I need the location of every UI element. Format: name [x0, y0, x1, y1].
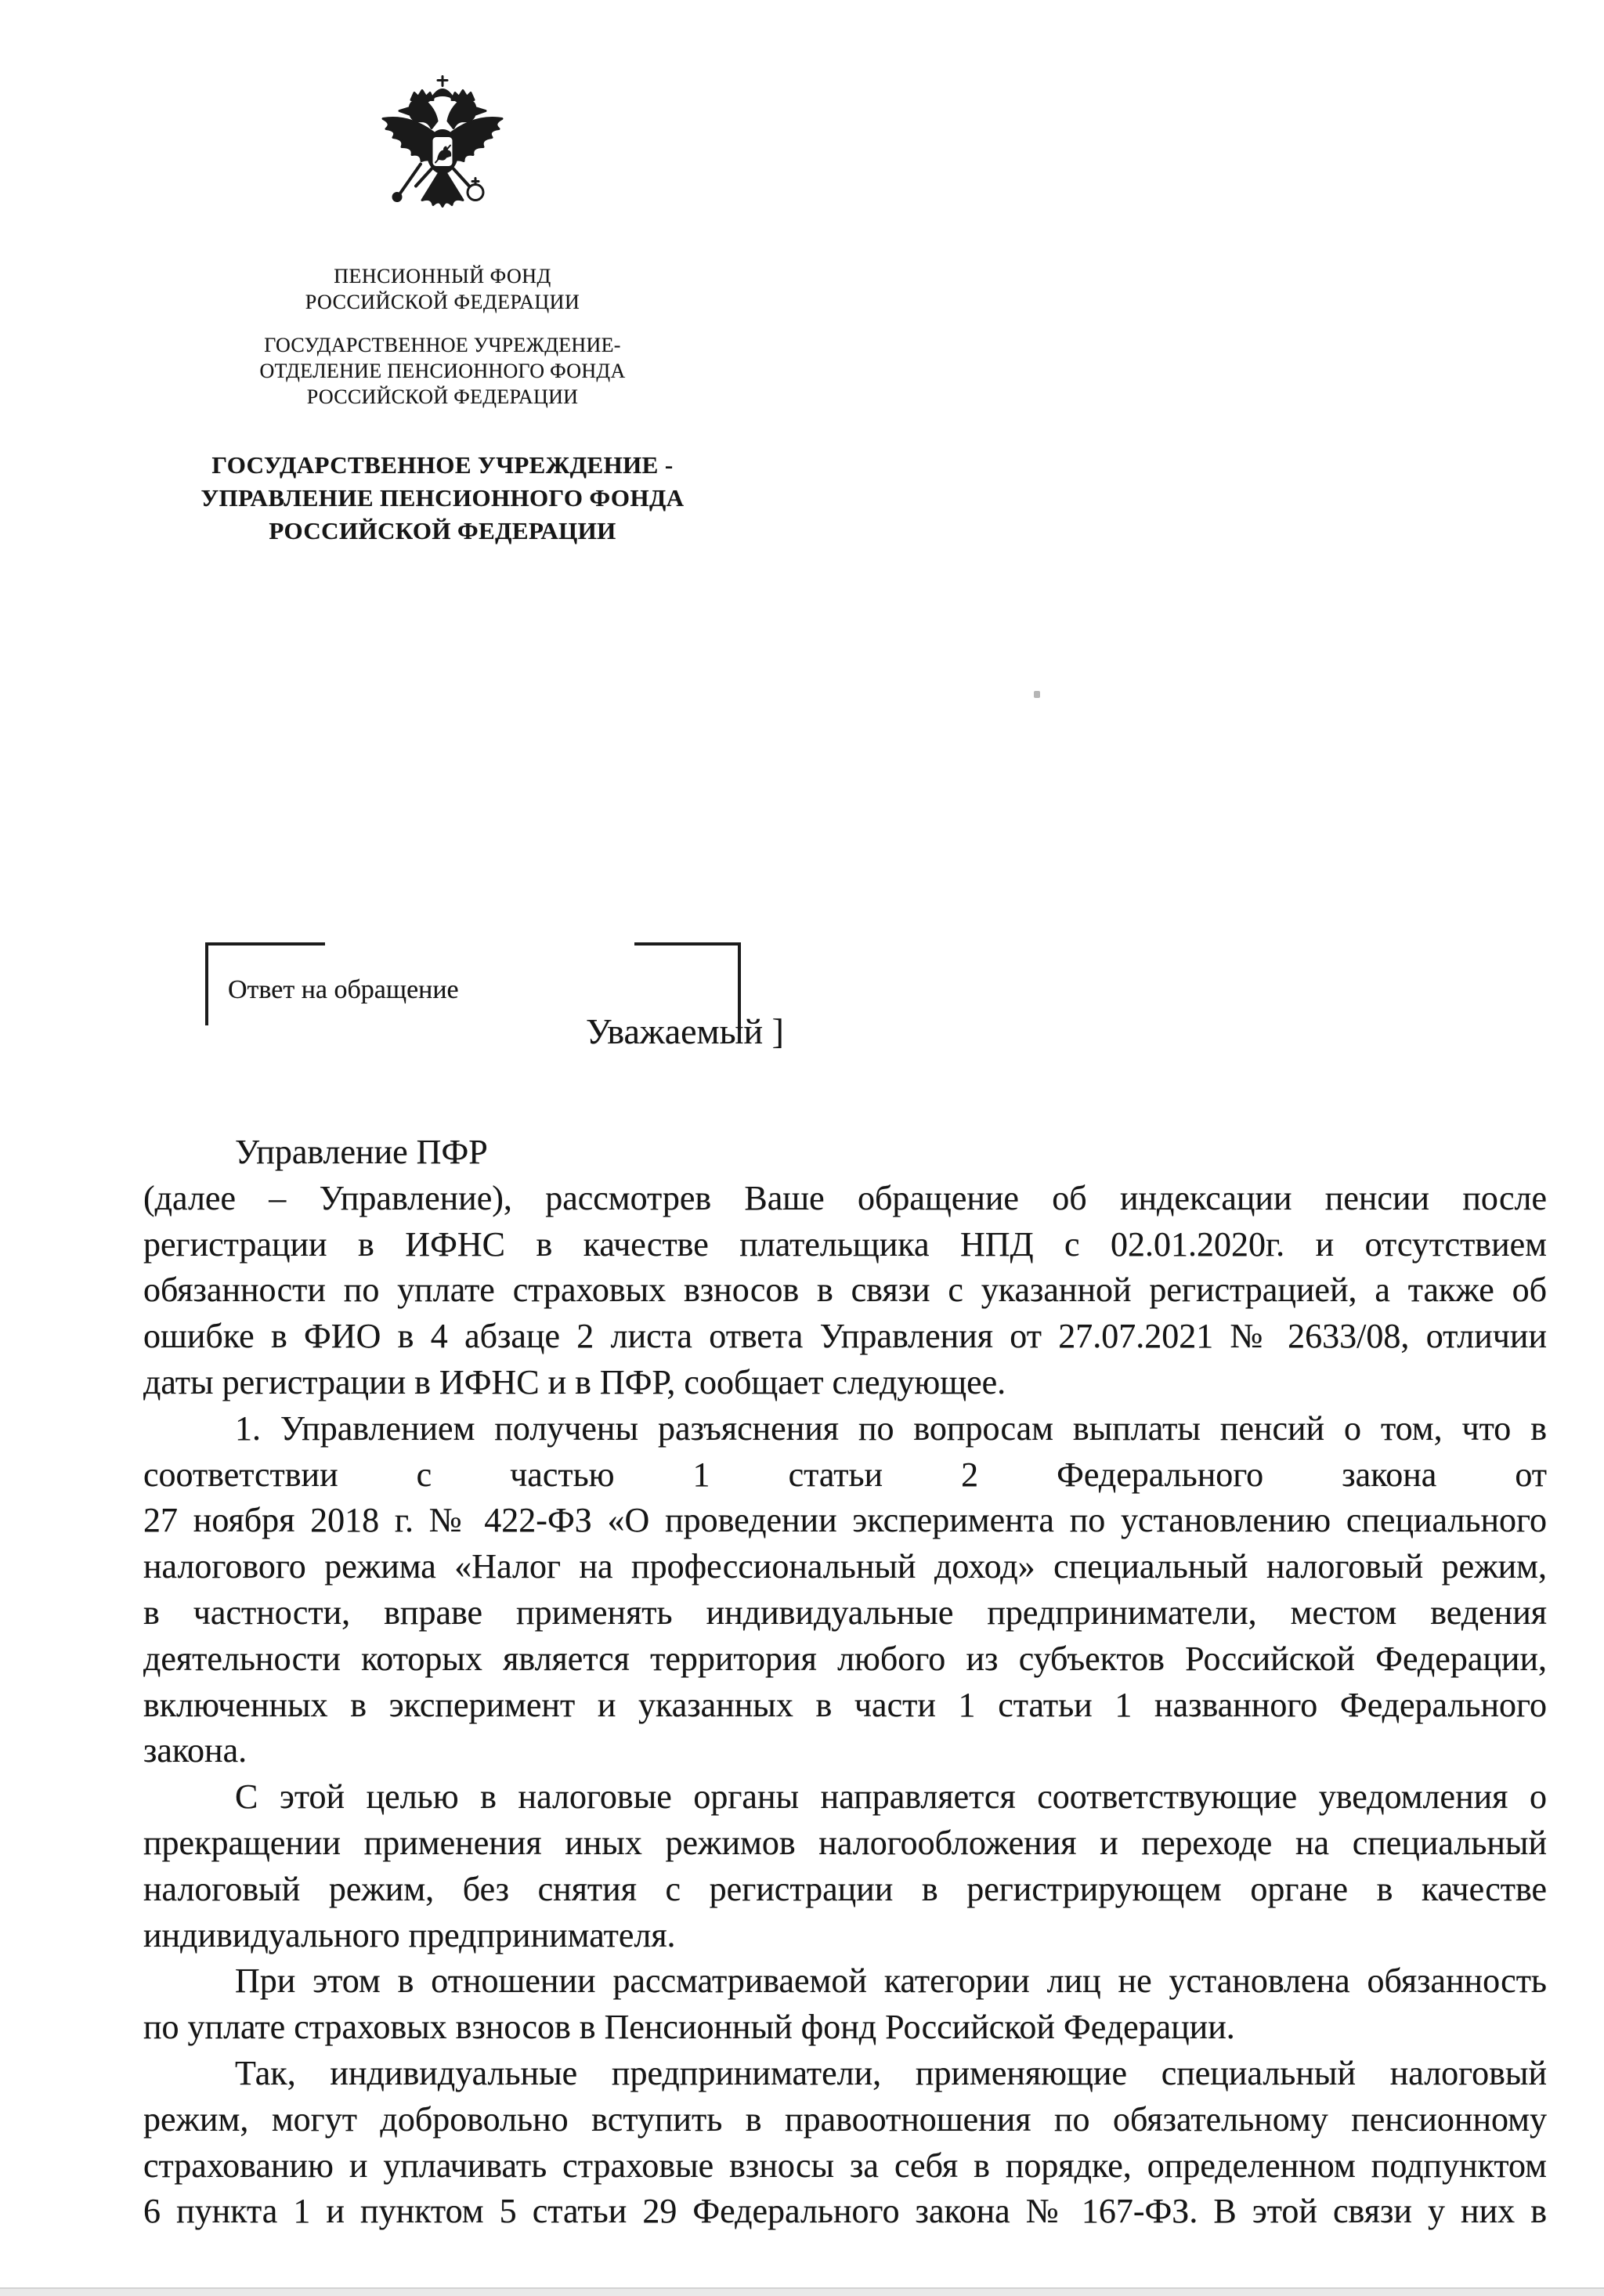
- body-line: режим, могут добровольно вступить в прав…: [143, 2097, 1547, 2143]
- letterhead: ПЕНСИОННЫЙ ФОНД РОССИЙСКОЙ ФЕДЕРАЦИИ ГОС…: [168, 72, 717, 548]
- russia-coat-of-arms-icon: [372, 72, 513, 259]
- body-line: закона.: [143, 1728, 1547, 1774]
- body-line: деятельности которых является территория…: [143, 1636, 1547, 1683]
- body-line: 27 ноября 2018 г. № 422-ФЗ «О проведении…: [143, 1498, 1547, 1544]
- body-line: по уплате страховых взносов в Пенсионный…: [143, 2005, 1547, 2051]
- body-line: При этом в отношении рассматриваемой кат…: [143, 1958, 1547, 2005]
- body-line: соответствии с частью 1 статьи 2 Федерал…: [143, 1452, 1547, 1499]
- org-division-line: РОССИЙСКОЙ ФЕДЕРАЦИИ: [168, 384, 717, 410]
- letter-body: Управление ПФР(далее – Управление), расс…: [143, 1130, 1547, 2235]
- letter-subject: Ответ на обращение: [228, 974, 459, 1007]
- left-corner-mark-vertical: [205, 942, 208, 1025]
- body-line: С этой целью в налоговые органы направля…: [143, 1774, 1547, 1821]
- body-line: (далее – Управление), рассмотрев Ваше об…: [143, 1176, 1547, 1222]
- org-office-block: ГОСУДАРСТВЕННОЕ УЧРЕЖДЕНИЕ - УПРАВЛЕНИЕ …: [168, 449, 717, 548]
- salutation: Уважаемый ]: [586, 1011, 784, 1053]
- org-office-line: УПРАВЛЕНИЕ ПЕНСИОННОГО ФОНДА: [168, 482, 717, 515]
- body-line: включенных в эксперимент и указанных в ч…: [143, 1683, 1547, 1729]
- org-division-block: ГОСУДАРСТВЕННОЕ УЧРЕЖДЕНИЕ- ОТДЕЛЕНИЕ ПЕ…: [168, 332, 717, 410]
- org-name-line: РОССИЙСКОЙ ФЕДЕРАЦИИ: [168, 289, 717, 315]
- body-line: индивидуального предпринимателя.: [143, 1913, 1547, 1959]
- body-line: в частности, вправе применять индивидуал…: [143, 1590, 1547, 1636]
- org-name-line: ПЕНСИОННЫЙ ФОНД: [168, 263, 717, 289]
- body-line: страхованию и уплачивать страховые взнос…: [143, 2143, 1547, 2189]
- body-line: 1. Управлением получены разъяснения по в…: [143, 1406, 1547, 1452]
- org-division-line: ОТДЕЛЕНИЕ ПЕНСИОННОГО ФОНДА: [168, 358, 717, 384]
- body-line: налоговый режим, без снятия с регистраци…: [143, 1867, 1547, 1913]
- body-line: прекращении применения иных режимов нало…: [143, 1821, 1547, 1867]
- body-line: Так, индивидуальные предприниматели, при…: [143, 2051, 1547, 2097]
- body-line: даты регистрации в ИФНС и в ПФР, сообщае…: [143, 1360, 1547, 1406]
- body-line: Управление ПФР: [143, 1130, 1547, 1176]
- right-corner-mark-horizontal: [634, 942, 741, 946]
- scan-speck-artifact: [1034, 691, 1040, 698]
- body-line: 6 пункта 1 и пунктом 5 статьи 29 Федерал…: [143, 2189, 1547, 2235]
- body-line: налогового режима «Налог на профессионал…: [143, 1544, 1547, 1590]
- body-line: обязанности по уплате страховых взносов …: [143, 1267, 1547, 1314]
- org-office-line: ГОСУДАРСТВЕННОЕ УЧРЕЖДЕНИЕ -: [168, 449, 717, 482]
- org-name-pension-fund: ПЕНСИОННЫЙ ФОНД РОССИЙСКОЙ ФЕДЕРАЦИИ: [168, 263, 717, 315]
- org-division-line: ГОСУДАРСТВЕННОЕ УЧРЕЖДЕНИЕ-: [168, 332, 717, 358]
- scan-bottom-edge: [0, 2287, 1604, 2296]
- left-corner-mark-horizontal: [205, 942, 325, 946]
- body-line: ошибке в ФИО в 4 абзаце 2 листа ответа У…: [143, 1314, 1547, 1360]
- org-office-line: РОССИЙСКОЙ ФЕДЕРАЦИИ: [168, 515, 717, 548]
- body-line: регистрации в ИФНС в качестве плательщик…: [143, 1222, 1547, 1268]
- scanned-letter-page: ПЕНСИОННЫЙ ФОНД РОССИЙСКОЙ ФЕДЕРАЦИИ ГОС…: [0, 0, 1604, 2296]
